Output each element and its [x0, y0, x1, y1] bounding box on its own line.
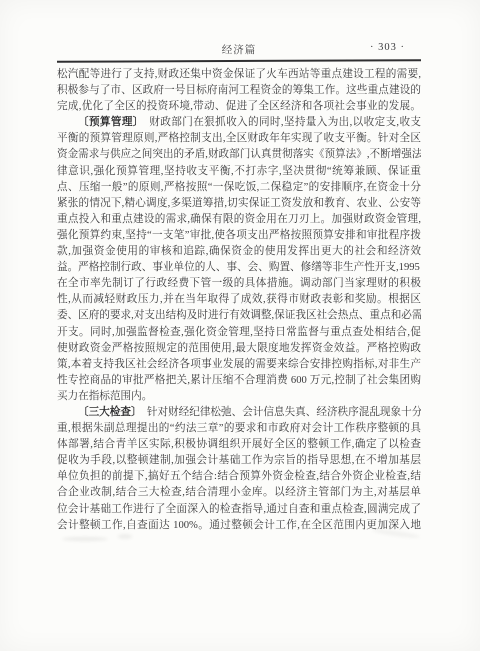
text-line: 开支。同时,加强监督检查,强化资金管理,坚持日常监督与重点查处相结合,促 [57, 325, 421, 341]
text-line: 平衡的预算管理原则,严格控制支出,全区财政年年实现了收支平衡。针对全区 [57, 131, 421, 147]
text-line: 紧张的情况下,精心调度,多渠道筹措,切实保证工资发放和教育、农业、公安等 [57, 196, 421, 212]
text-line: 策,本着支持我区社会经济各项事业发展的需要来综合安排控购指标,对非生产 [57, 357, 421, 373]
text-line: 点、压缩一般”的原则,严格按照“一保吃饭,二保稳定”的安排顺序,在资金十分 [57, 180, 421, 196]
text-line: 买力在指标范围内。 [57, 389, 421, 405]
text-line: 委、区府的要求,对支出结构及时进行有效调整,保证我区社会热点、重点和必需 [57, 308, 421, 324]
page-header: 经济篇 · 303 · [57, 42, 421, 58]
entry-heading: 〔三大检查〕 [78, 407, 136, 418]
page-number: · 303 · [370, 42, 405, 53]
entry-heading: 〔预算管理〕 [78, 117, 138, 128]
section-title: 经济篇 [57, 42, 421, 57]
text-line: 律意识,强化预算管理,坚持收支平衡,不打赤字,坚决贯彻“统筹兼顾、保证重 [57, 164, 421, 180]
text-line: 合企业改制,结合三大检查,结合清理小金库。以经济主管部门为主,对基层单 [57, 485, 421, 501]
text-line: 松汽配等进行了支持,财政还集中资金保证了火车西站等重点建设工程的需要, [57, 67, 421, 83]
text-line: 重,根据朱副总理提出的“约法三章”的要求和市政府对会计工作秩序整顿的具 [57, 421, 421, 437]
text-line: 益。严格控制行政、事业单位的人、事、会、购置、修缮等非生产性开支,1995 年 [57, 260, 421, 276]
header-rule [57, 59, 421, 63]
text-line: 体部署,结合青羊区实际,积极协调组织开展好全区的整顿工作,确定了以检查 [57, 437, 421, 453]
text-line: 性专控商品的审批严格把关,累计压缩不合理消费 600 万元,控制了社会集团购 [57, 373, 421, 389]
text-line: 重点投入和重点建设的需求,确保有限的资金用在刀刃上。加强财政资金管理, [57, 212, 421, 228]
text-line: 款,加强资金使用的审核和追踪,确保资金的使用发挥出更大的社会和经济效 [57, 244, 421, 260]
text-line: 位会计基础工作进行了全面深入的检查指导,通过自查和重点检查,圆满完成了 [57, 502, 421, 518]
text-line: 性,从而减轻财政压力,并在当年取得了成效,获得市财政表彰和奖励。根据区 [57, 292, 421, 308]
page-body: 松汽配等进行了支持,财政还集中资金保证了火车西站等重点建设工程的需要,积极参与了… [57, 67, 421, 534]
text-line: 单位负担的前提下,搞好五个结合:结合预算外资金检查,结合外资企业检查,结 [57, 469, 421, 485]
text-line: 使财政资金严格按照规定的范围使用,最大限度地发挥资金效益。严格控购政 [57, 341, 421, 357]
scan-artifact [62, 537, 108, 541]
text-line: 〔预算管理〕 财政部门在狠抓收入的同时,坚持量入为出,以收定支,收支 [57, 115, 421, 131]
text-line: 〔三大检查〕 针对财经纪律松弛、会计信息失真、经济秩序混乱现象十分严 [57, 405, 421, 421]
scan-artifact [118, 534, 132, 539]
text-line: 强化预算约束,坚持“一支笔”审批,使各项支出严格按照预算安排和审批程序拨 [57, 228, 421, 244]
text-line: 促收为手段,以整顿建制,加强会计基础工作为宗旨的指导思想,在不增加基层 [57, 453, 421, 469]
text-line: 积极参与了市、区政府一号目标府南河工程资金的筹集工作。这些重点建设的 [57, 83, 421, 99]
text-line: 会计整顿工作,自查面达 100%。通过整顿会计工作,在全区范围内更加深入地 [57, 518, 421, 534]
scanned-page: 经济篇 · 303 · 松汽配等进行了支持,财政还集中资金保证了火车西站等重点建… [0, 0, 480, 651]
text-line: 在全市率先制订了行政经费下管一级的具体措施。调动部门当家理财的积极 [57, 276, 421, 292]
text-line: 完成,优化了全区的投资环境,带动、促进了全区经济和各项社会事业的发展。 [57, 99, 421, 115]
text-line: 资金需求与供应之间突出的矛盾,财政部门认真贯彻落实《预算法》,不断增强法 [57, 147, 421, 163]
